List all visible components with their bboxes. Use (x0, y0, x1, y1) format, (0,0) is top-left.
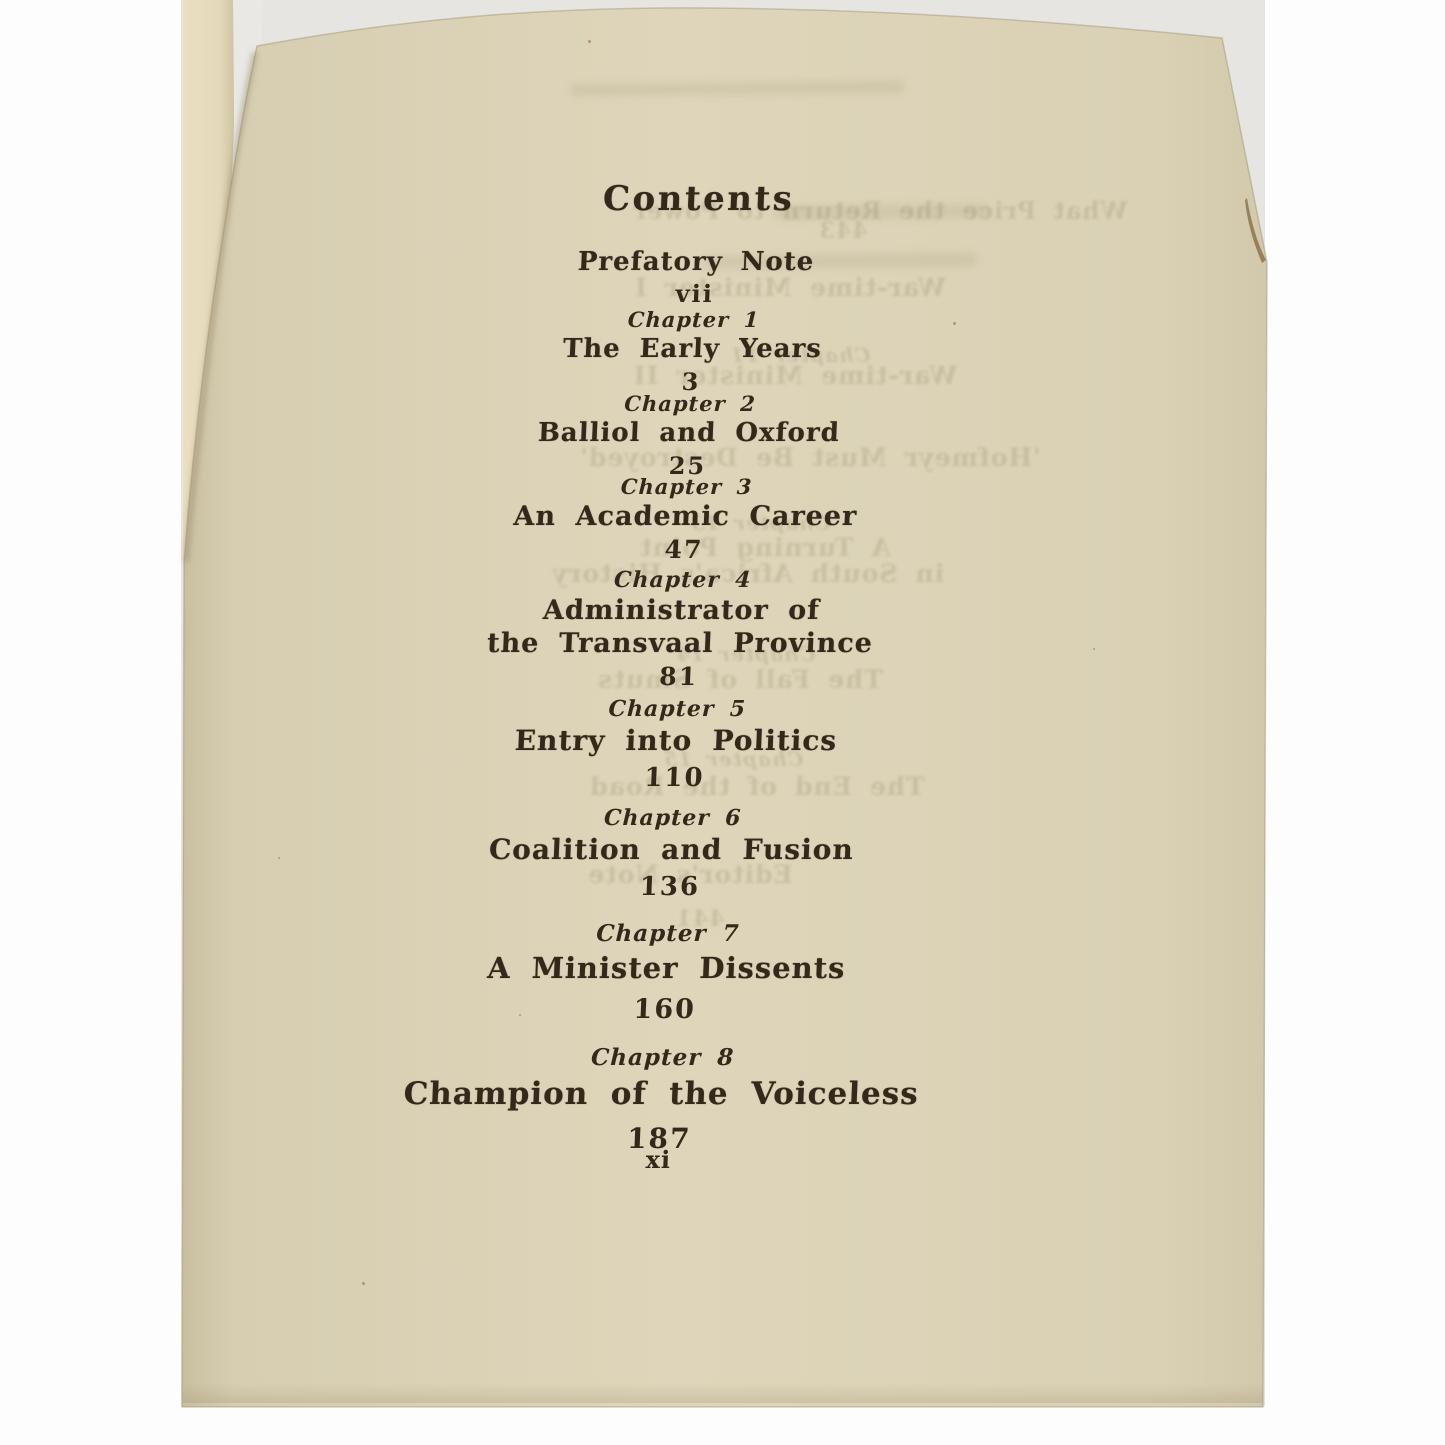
front-matter-entry: Prefatory Note vii (334, 245, 1057, 308)
chapter-title: Coalition and Fusion (311, 833, 1032, 866)
toc-entry-chapter-2: Chapter 2 Balliol and Oxford 25 (327, 391, 1051, 480)
paper-speck (519, 1014, 521, 1016)
chapter-title: A Minister Dissents (306, 951, 1027, 985)
chapter-page-number: 47 (323, 535, 1044, 564)
page-stack-edges (181, 1403, 1265, 1445)
toc-entry-chapter-7: Chapter 7 A Minister Dissents 160 (304, 920, 1028, 1025)
chapter-title-line2: the Transvaal Province (319, 628, 1040, 659)
toc-entry-chapter-8: Chapter 8 Champion of the Voiceless 187 (299, 1044, 1024, 1155)
paper-speck (278, 857, 280, 859)
chapter-number-label: Chapter 1 (333, 307, 1054, 332)
page-title: Contents (338, 179, 1060, 219)
chapter-title: The Early Years (332, 334, 1053, 364)
table-of-contents: Contents Prefatory Note vii Chapter 1 Th… (295, 168, 1060, 1248)
paper-speck (1093, 648, 1095, 650)
chapter-number-label: Chapter 6 (312, 805, 1033, 831)
paper-speck (362, 1282, 365, 1285)
chapter-title: Balliol and Oxford (328, 418, 1049, 448)
chapter-number-label: Chapter 8 (302, 1044, 1023, 1071)
chapter-page-number: 110 (314, 763, 1035, 793)
toc-entry-chapter-6: Chapter 6 Coalition and Fusion 136 (309, 805, 1033, 902)
chapter-number-label: Chapter 7 (307, 920, 1028, 947)
chapter-title: Administrator of (321, 595, 1042, 626)
chapter-number-label: Chapter 5 (317, 696, 1038, 722)
paper-speck (588, 40, 591, 43)
toc-entry-chapter-1: Chapter 1 The Early Years 3 (330, 307, 1054, 396)
photo-of-open-book: What Price the Return to Power443War-tim… (0, 0, 1445, 1445)
chapter-title: Champion of the Voiceless (300, 1076, 1022, 1112)
folio-page-number: xi (298, 1145, 1019, 1174)
page-bottom-shading (183, 1383, 1263, 1403)
front-matter-label: Prefatory Note (335, 247, 1056, 277)
chapter-title: Entry into Politics (315, 724, 1036, 757)
chapter-number-label: Chapter 4 (322, 567, 1043, 593)
chapter-title: An Academic Career (325, 501, 1046, 532)
chapter-number-label: Chapter 2 (330, 391, 1051, 416)
toc-entry-chapter-5: Chapter 5 Entry into Politics 110 (314, 696, 1038, 793)
chapter-page-number: 160 (304, 994, 1025, 1025)
toc-entry-chapter-3: Chapter 3 An Academic Career 47 (323, 474, 1047, 564)
chapter-number-label: Chapter 3 (326, 474, 1047, 499)
paper-speck (953, 322, 956, 325)
chapter-page-number: 81 (318, 662, 1039, 691)
toc-entry-chapter-4: Chapter 4 Administrator of the Transvaal… (318, 567, 1043, 691)
front-matter-page-number: vii (334, 279, 1055, 308)
chapter-page-number: 136 (309, 872, 1030, 902)
